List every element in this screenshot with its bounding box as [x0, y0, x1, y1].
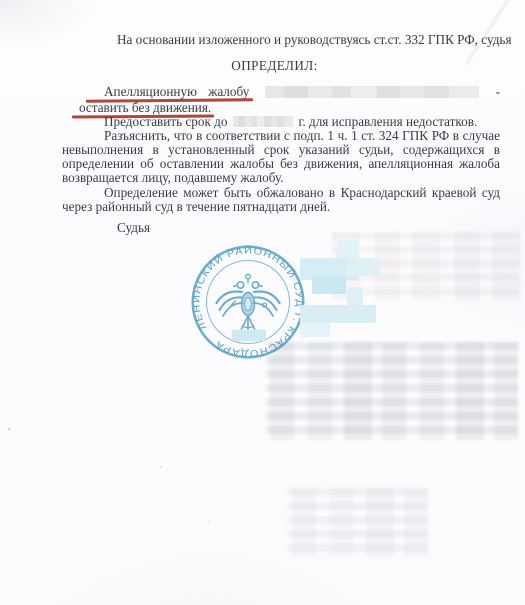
- appeal-line: Определение может быть обжаловано в Крас…: [62, 186, 500, 200]
- clarification-line: Разъяснить, что в соответствии с подп. 1…: [62, 129, 500, 143]
- intro-line: На основании изложенного и руководствуяс…: [117, 33, 512, 47]
- redacted-signature-block: [312, 276, 346, 294]
- redacted-seal-area: [232, 330, 266, 342]
- redacted-date: [233, 116, 293, 127]
- scanned-court-document: На основании изложенного и руководствуяс…: [0, 0, 525, 605]
- clarification-line: определении об оставлении жалобы без дви…: [62, 157, 500, 171]
- ruling-action: оставить без движения.: [79, 101, 211, 115]
- redacted-signature-block: [300, 323, 330, 337]
- paper-speck: [208, 521, 210, 523]
- deadline-suffix: г. для исправления недостатков.: [298, 114, 477, 129]
- clarification-line: возвращается лицу, подавшему жалобу.: [62, 171, 500, 185]
- clarification-line: невыполнения в установленный срок указан…: [62, 143, 500, 157]
- ruling-line-2: оставить без движения.: [62, 101, 211, 115]
- appeal-line: через районный суд в течение пятнадцати …: [62, 200, 500, 214]
- court-seal-graphic: ЛЕНИНСКИЙ РАЙОННЫЙ СУД Г. КРАСНОДАРА: [188, 242, 308, 362]
- deadline-line: Предоставить срок дог. для исправления н…: [62, 115, 477, 129]
- double-headed-eagle-icon: [217, 274, 280, 330]
- ink-bleed-through: [288, 488, 428, 556]
- redacted-signature-block: [300, 305, 376, 323]
- paper-speck: [8, 428, 10, 430]
- deadline-prefix: Предоставить срок до: [104, 114, 227, 129]
- redacted-signature-block: [347, 258, 380, 276]
- redacted-party-name: [265, 86, 479, 98]
- judge-label: Судья: [117, 221, 150, 235]
- ruling-subject: Апелляционную жалобу: [104, 85, 249, 99]
- redacted-signature-block: [337, 240, 359, 260]
- paper-speck: [160, 466, 162, 468]
- resolution-heading: ОПРЕДЕЛИЛ:: [62, 59, 487, 73]
- redacted-signature-block: [347, 287, 363, 307]
- ruling-line-1: Апелляционную жалобу -: [62, 85, 500, 99]
- court-seal: ЛЕНИНСКИЙ РАЙОННЫЙ СУД Г. КРАСНОДАРА: [188, 242, 308, 362]
- ruling-end-dash: -: [496, 85, 500, 99]
